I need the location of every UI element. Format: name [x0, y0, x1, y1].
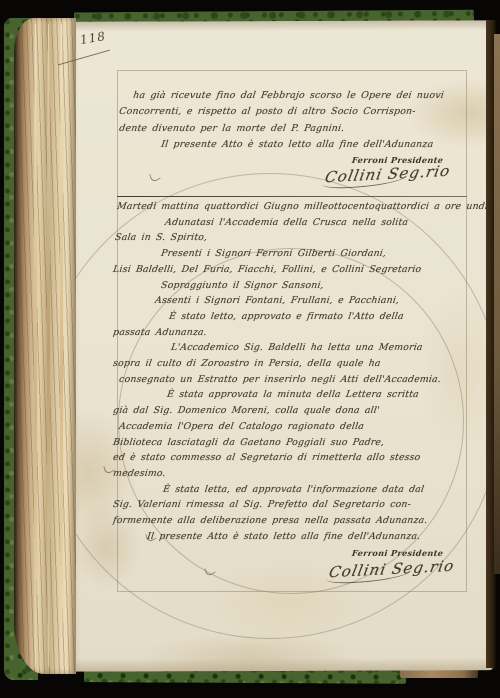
handwritten-line: Biblioteca lasciatagli da Gaetano Poggia… [112, 435, 480, 451]
book-scan: 118 ha già ricevute fino dal Febbrajo sc… [0, 0, 500, 698]
handwritten-line: Concorrenti, e rispetto al posto di altr… [118, 104, 472, 120]
handwritten-line: L'Accademico Sig. Baldelli ha letta una … [112, 340, 480, 356]
page-edge-stack [14, 18, 76, 674]
handwritten-line: Martedì mattina quattordici Giugno mille… [112, 199, 480, 215]
handwritten-line: formemente alla deliberazione presa nell… [112, 513, 480, 529]
handwritten-line: Sala in S. Spirito, [112, 230, 480, 246]
handwritten-line: Il presente Atto è stato letto alla fine… [118, 137, 472, 153]
handwritten-line: Sig. Valeriani rimessa al Sig. Prefetto … [112, 497, 480, 513]
minute-entry-14-giugno: Martedì mattina quattordici Giugno mille… [112, 199, 478, 544]
sheet-edge-line [47, 24, 50, 668]
handwritten-line: È stata approvata la minuta della Letter… [112, 387, 480, 403]
handwritten-line: ed è stato commesso al Segretario di rim… [112, 450, 480, 466]
handwritten-line: consegnato un Estratto per inserirlo neg… [112, 372, 480, 388]
handwritten-line: Adunatasi l'Accademia della Crusca nella… [112, 215, 480, 231]
handwritten-line: Lisi Baldelli, Del Furia, Fiacchi, Folli… [112, 262, 480, 278]
minute-entry-previous: ha già ricevute fino dal Febbrajo scorso… [118, 88, 470, 154]
handwritten-line: medesimo. [112, 466, 480, 482]
handwritten-line: È stata letta, ed approvata l'informazio… [112, 482, 480, 498]
handwritten-line: Accademia l'Opera del Catalogo ragionato… [112, 419, 480, 435]
sheet-edge-line [60, 24, 63, 668]
handwritten-line: sopra il culto di Zoroastro in Persia, d… [112, 356, 480, 372]
handwritten-line: Assenti i Signori Fontani, Frullani, e P… [112, 293, 480, 309]
handwritten-line: Il presente Atto è stato letto alla fine… [112, 529, 480, 545]
handwritten-line: passata Adunanza. [112, 325, 480, 341]
handwritten-line: dente divenuto per la morte del P. Pagni… [118, 121, 472, 137]
next-page-sliver [494, 34, 500, 574]
handwritten-line: Presenti i Signori Ferroni Gilberti Gior… [112, 246, 480, 262]
handwritten-line: già dal Sig. Domenico Moreni, colla qual… [112, 403, 480, 419]
sheet-edge-line [34, 24, 37, 668]
handwritten-line: Sopraggiunto il Signor Sansoni, [112, 278, 480, 294]
handwritten-line: ha già ricevute fino dal Febbrajo scorso… [118, 88, 472, 104]
handwritten-line: È stato letto, approvato e firmato l'Att… [112, 309, 480, 325]
president-signature: Ferroni Presidente [351, 548, 443, 558]
